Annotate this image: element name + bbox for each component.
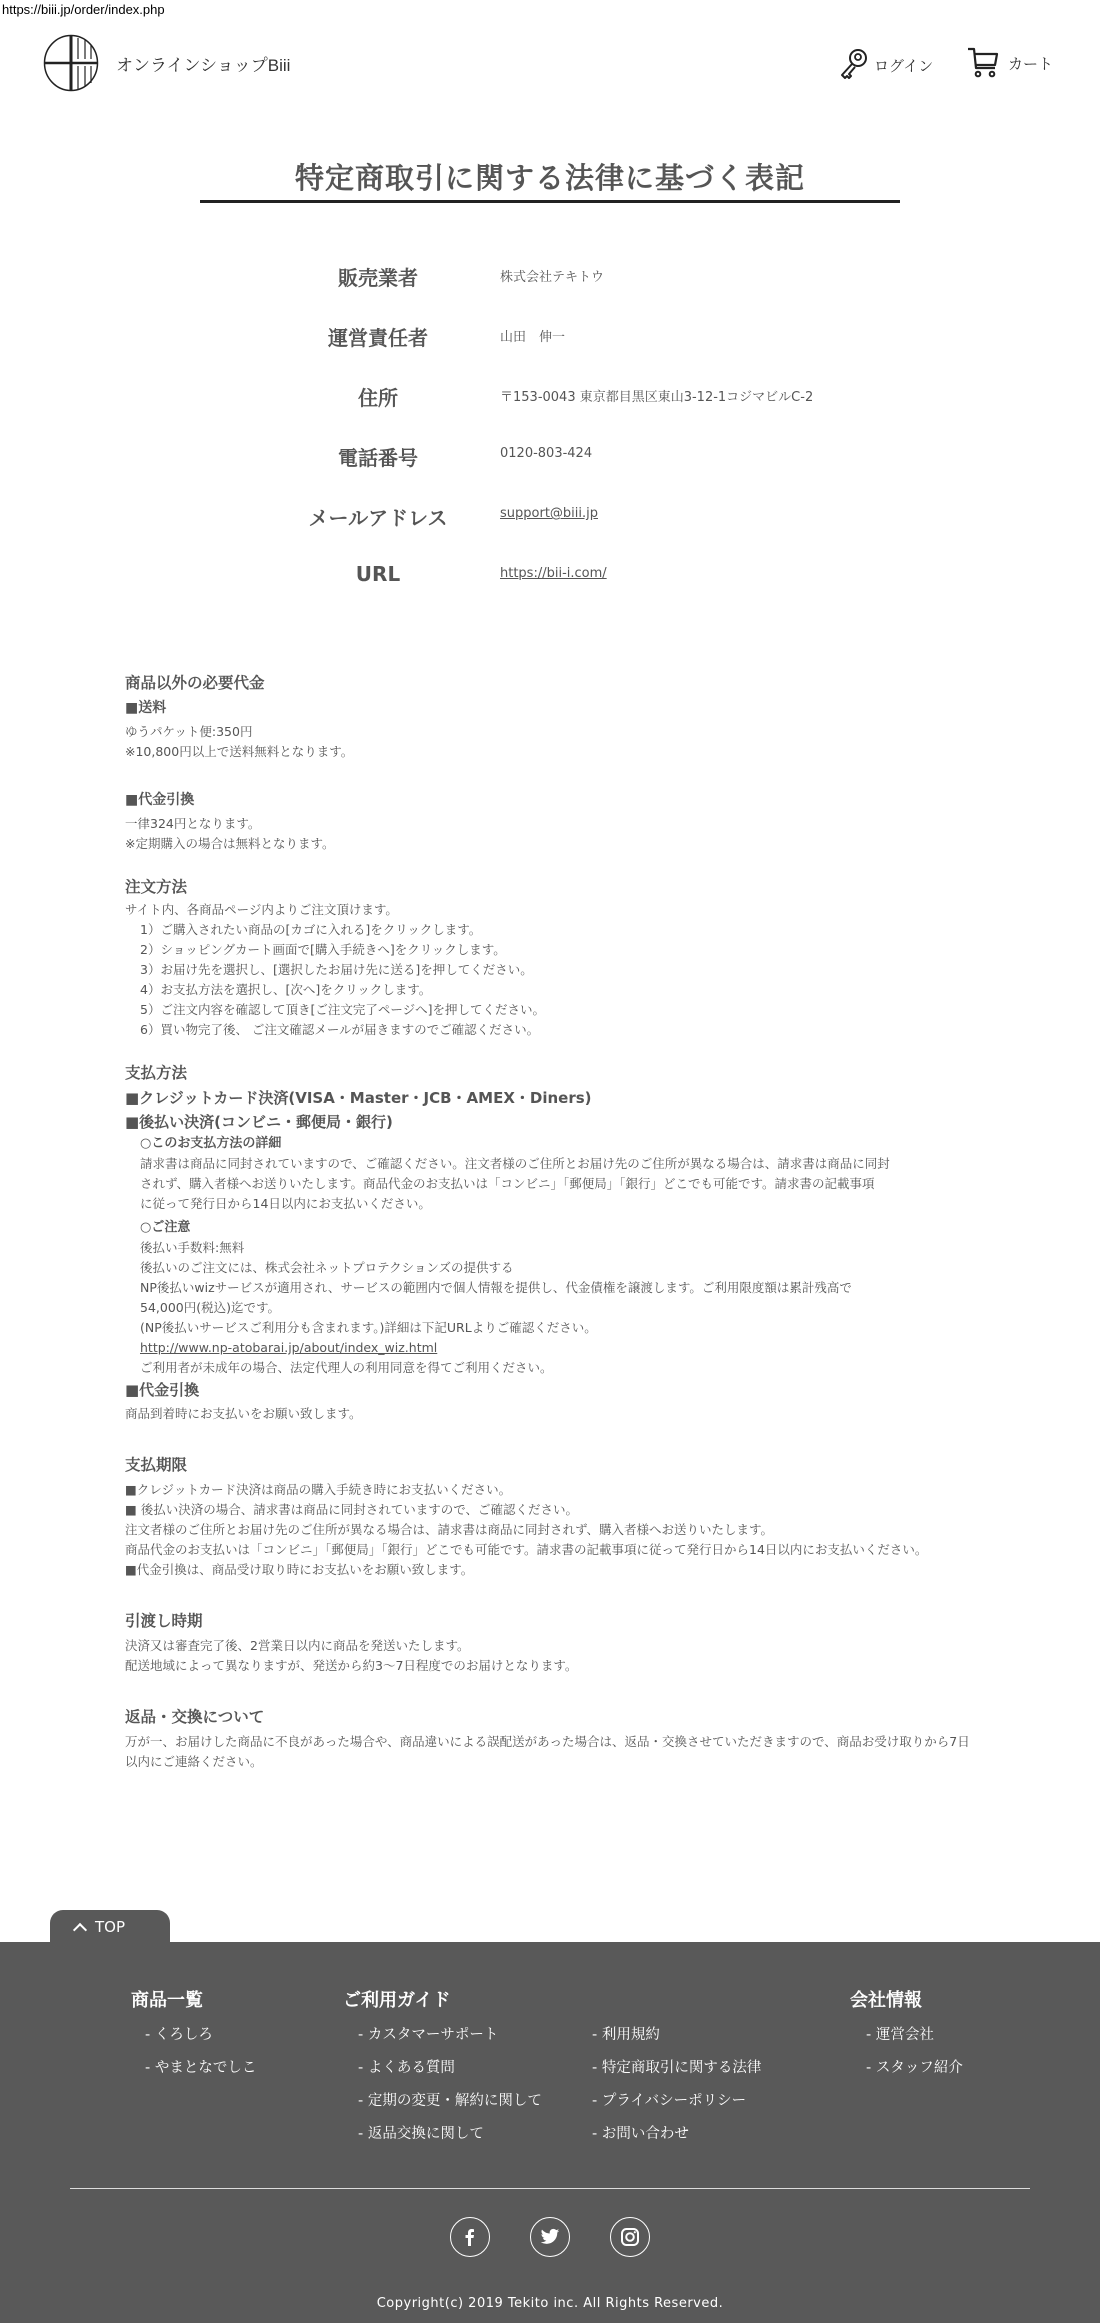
login-link[interactable]: ログイン [838, 48, 933, 82]
order-step: 3）お届け先を選択し、[選択したお届け先に送る]を押してください。 [140, 960, 975, 980]
section-title: 支払期限 [125, 1454, 975, 1476]
brand-name[interactable]: オンラインショップBiii [116, 51, 290, 76]
cod-text: 商品到着時にお支払いをお願い致します。 [125, 1404, 975, 1424]
copyright: Copyright(c) 2019 Tekito inc. All Rights… [0, 2296, 1100, 2311]
returns-line: 万が一、お届けした商品に不良があった場合や、商品違いによる誤配送があった場合は、… [125, 1732, 975, 1772]
info-label: 販売業者 [278, 262, 478, 291]
cod-title: ■代金引換 [125, 1378, 975, 1402]
instagram-icon [620, 2227, 640, 2247]
deadline-line: 注文者様のご住所とお届け先のご住所が異なる場合は、請求書は商品に同封されず、購入… [125, 1520, 975, 1540]
info-row-seller: 販売業者 株式会社テキトウ [0, 262, 1100, 302]
site-footer: 商品一覧 - くろしろ - やまとなでしこ ご利用ガイド - カスタマーサポート… [0, 1942, 1100, 2323]
info-label: 住所 [278, 382, 478, 411]
footer-link[interactable]: - 利用規約 [592, 2023, 660, 2044]
order-intro: サイト内、各商品ページ内よりご注文頂けます。 [125, 900, 975, 920]
info-value: 株式会社テキトウ [500, 266, 604, 285]
facebook-button[interactable] [450, 2217, 490, 2257]
footer-heading-products: 商品一覧 [131, 1986, 203, 2012]
section-fees: 商品以外の必要代金 ■送料 ゆうパケット便:350円 ※10,800円以上で送料… [125, 672, 975, 854]
footer-link[interactable]: - よくある質問 [358, 2056, 455, 2077]
deadline-line: ■クレジットカード決済は商品の購入手続き時にお支払いください。 [125, 1480, 975, 1500]
footer-link[interactable]: - スタッフ紹介 [866, 2056, 963, 2077]
footer-link[interactable]: - 特定商取引に関する法律 [592, 2056, 761, 2077]
order-step: 6）買い物完了後、 ご注文確認メールが届きますのでご確認ください。 [140, 1020, 975, 1040]
info-row-email: メールアドレス support@biii.jp [0, 502, 1100, 542]
detail-line: に従って発行日から14日以内にお支払いください。 [140, 1194, 975, 1214]
order-step: 4）お支払方法を選択し、[次へ]をクリックします。 [140, 980, 975, 1000]
footer-link[interactable]: - カスタマーサポート [358, 2023, 498, 2044]
deadline-line: ■代金引換は、商品受け取り時にお支払いをお願い致します。 [125, 1560, 975, 1580]
title-underline [200, 200, 900, 203]
cod-fee-title: ■代金引換 [125, 788, 975, 812]
caution-line: (NP後払いサービスご利用分も含まれます。)詳細は下記URLよりご確認ください。 [140, 1318, 975, 1338]
cart-label: カート [1008, 53, 1053, 74]
twitter-icon [540, 2228, 560, 2246]
section-delivery: 引渡し時期 決済又は審査完了後、2営業日以内に商品を発送いたします。 配送地域に… [125, 1610, 975, 1676]
footer-link[interactable]: - 運営会社 [866, 2023, 934, 2044]
info-value: 0120-803-424 [500, 446, 592, 461]
facebook-icon [460, 2227, 480, 2247]
info-row-phone: 電話番号 0120-803-424 [0, 442, 1100, 482]
site-url-link[interactable]: https://bii-i.com/ [500, 566, 607, 581]
info-row-url: URL https://bii-i.com/ [0, 562, 1100, 602]
footer-heading-guide: ご利用ガイド [343, 1986, 450, 2012]
footer-divider [70, 2188, 1030, 2189]
site-header: オンラインショップBiii ログイン カート [0, 0, 1100, 110]
section-title: 引渡し時期 [125, 1610, 975, 1632]
circle-grid-logo-icon [43, 34, 99, 92]
deferred-payment-details: ○このお支払方法の詳細 請求書は商品に同封されていますので、ご確認ください。注文… [125, 1134, 975, 1378]
section-title: 商品以外の必要代金 [125, 672, 975, 694]
info-label: メールアドレス [278, 502, 478, 531]
twitter-button[interactable] [530, 2217, 570, 2257]
key-icon [838, 48, 868, 82]
footer-link[interactable]: - お問い合わせ [592, 2122, 689, 2143]
section-title: 支払方法 [125, 1062, 975, 1084]
info-label: URL [278, 562, 478, 586]
section-deadline: 支払期限 ■クレジットカード決済は商品の購入手続き時にお支払いください。 ■ 後… [125, 1454, 975, 1580]
instagram-button[interactable] [610, 2217, 650, 2257]
delivery-line: 決済又は審査完了後、2営業日以内に商品を発送いたします。 [125, 1636, 975, 1656]
section-order: 注文方法 サイト内、各商品ページ内よりご注文頂けます。 1）ご購入されたい商品の… [125, 876, 975, 1040]
info-value: 山田 伸一 [500, 326, 565, 345]
shipping-line: ※10,800円以上で送料無料となります。 [125, 742, 975, 762]
info-label: 運営責任者 [278, 322, 478, 351]
cart-icon [966, 46, 1000, 80]
back-to-top-button[interactable]: TOP [50, 1910, 170, 1944]
np-atobarai-link[interactable]: http://www.np-atobarai.jp/about/index_wi… [140, 1338, 975, 1358]
shipping-title: ■送料 [125, 696, 975, 720]
minor-note: ご利用者が未成年の場合、法定代理人の利用同意を得てご利用ください。 [140, 1358, 975, 1378]
caution-line: 後払いのご注文には、株式会社ネットプロテクションズの提供する [140, 1258, 975, 1278]
order-step: 1）ご購入されたい商品の[カゴに入れる]をクリックします。 [140, 920, 975, 940]
order-step: 2）ショッピングカート画面で[購入手続きへ]をクリックします。 [140, 940, 975, 960]
logo-link[interactable] [43, 34, 99, 92]
info-row-manager: 運営責任者 山田 伸一 [0, 322, 1100, 362]
caution-title: ○ご注意 [140, 1218, 975, 1238]
delivery-line: 配送地域によって異なりますが、発送から約3～7日程度でのお届けとなります。 [125, 1656, 975, 1676]
footer-link[interactable]: - 定期の変更・解約に関して [358, 2089, 542, 2110]
shipping-line: ゆうパケット便:350円 [125, 722, 975, 742]
section-title: 返品・交換について [125, 1706, 975, 1728]
caution-line: 54,000円(税込)迄です。 [140, 1298, 975, 1318]
caution-line: NP後払いwizサービスが適用され、サービスの範囲内で個人情報を提供し、代金債権… [140, 1278, 975, 1298]
section-returns: 返品・交換について 万が一、お届けした商品に不良があった場合や、商品違いによる誤… [125, 1706, 975, 1772]
login-label: ログイン [874, 55, 933, 76]
order-step: 5）ご注文内容を確認して頂き[ご注文完了ページへ]を押してください。 [140, 1000, 975, 1020]
cod-fee-line: ※定期購入の場合は無料となります。 [125, 834, 975, 854]
footer-link[interactable]: - やまとなでしこ [145, 2056, 256, 2077]
cod-fee-line: 一律324円となります。 [125, 814, 975, 834]
chevron-up-icon [73, 1922, 87, 1936]
order-steps: 1）ご購入されたい商品の[カゴに入れる]をクリックします。 2）ショッピングカー… [125, 920, 975, 1040]
deadline-line: ■ 後払い決済の場合、請求書は商品に同封されていますので、ご確認ください。 [125, 1500, 975, 1520]
deadline-line: 商品代金のお支払いは「コンビニ」「郵便局」「銀行」どこでも可能です。請求書の記載… [125, 1540, 975, 1560]
footer-heading-company: 会社情報 [850, 1986, 922, 2012]
info-row-address: 住所 〒153-0043 東京都目黒区東山3-12-1コジマビルC-2 [0, 382, 1100, 422]
credit-card-title: ■クレジットカード決済(VISA・Master・JCB・AMEX・Diners) [125, 1086, 975, 1110]
footer-link[interactable]: - プライバシーポリシー [592, 2089, 746, 2110]
detail-title: ○このお支払方法の詳細 [140, 1134, 975, 1154]
caution-line: 後払い手数料:無料 [140, 1238, 975, 1258]
page-title: 特定商取引に関する法律に基づく表記 [0, 156, 1100, 197]
email-link[interactable]: support@biii.jp [500, 506, 598, 521]
detail-line: されず、購入者様へお送りいたします。商品代金のお支払いは「コンビニ」「郵便局」「… [140, 1174, 975, 1194]
top-label: TOP [95, 1918, 125, 1936]
deferred-payment-title: ■後払い決済(コンビニ・郵便局・銀行) [125, 1110, 975, 1134]
detail-line: 請求書は商品に同封されていますので、ご確認ください。注文者様のご住所とお届け先の… [140, 1154, 975, 1174]
section-title: 注文方法 [125, 876, 975, 898]
info-value: 〒153-0043 東京都目黒区東山3-12-1コジマビルC-2 [500, 386, 813, 405]
section-payment: 支払方法 ■クレジットカード決済(VISA・Master・JCB・AMEX・Di… [125, 1062, 975, 1424]
info-label: 電話番号 [278, 442, 478, 471]
footer-link[interactable]: - 返品交換に関して [358, 2122, 484, 2143]
content-sections: 商品以外の必要代金 ■送料 ゆうパケット便:350円 ※10,800円以上で送料… [125, 672, 975, 1772]
cart-link[interactable]: カート [966, 46, 1053, 80]
footer-link[interactable]: - くろしろ [145, 2023, 213, 2044]
